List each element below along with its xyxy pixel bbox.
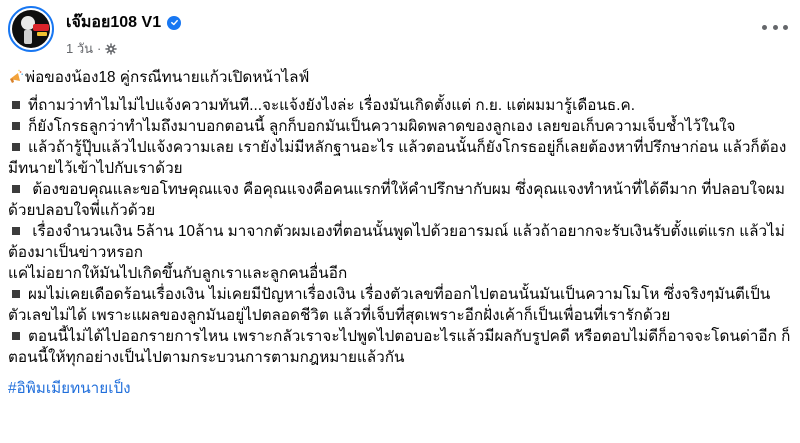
- page-name-link[interactable]: เจ๊มอย108 V1: [66, 10, 161, 35]
- more-options-icon-dot: [762, 25, 767, 30]
- paragraph-text: เรื่องจำนวนเงิน 5ล้าน 10ล้าน มาจากตัวผมเ…: [8, 223, 785, 261]
- paragraph-text: ผมไม่เคยเดือดร้อนเรื่องเงิน ไม่เคยมีปัญห…: [8, 286, 770, 324]
- paragraph-text: ตอนนี้ไม่ได้ไปออกรายการไหน เพราะกลัวเราจ…: [8, 328, 790, 366]
- hashtag-link[interactable]: #อิพิมเมียทนายเป็ง: [8, 378, 131, 399]
- paragraph-text: แค่ไม่อยากให้มันไปเกิดขึ้นกับลูกเราและลู…: [8, 265, 347, 282]
- post-meta: เจ๊มอย108 V1 1 วัน ·: [66, 10, 181, 59]
- avatar-logo-red: [33, 24, 49, 31]
- post-subinfo: 1 วัน ·: [66, 38, 181, 59]
- square-bullet-icon: [12, 143, 20, 151]
- paragraph-text: ก็ยังโกรธลูกว่าทำไมถึงมาบอกตอนนี้ ลูกก็บ…: [28, 118, 736, 135]
- post-body: พ่อของน้อง18 คู่กรณีทนายแก้วเปิดหน้าไลฟ์…: [8, 66, 796, 399]
- paragraph: ตอนนี้ไม่ได้ไปออกรายการไหน เพราะกลัวเราจ…: [8, 326, 796, 368]
- more-options-icon-dot: [773, 25, 778, 30]
- paragraph: แล้วถ้ารู้ปุ๊บแล้วไปแจ้งความเลย เรายังไม…: [8, 137, 796, 179]
- square-bullet-icon: [12, 185, 20, 193]
- paragraph-text: ที่ถามว่าทำไมไม่ไปแจ้งความทันที...จะแจ้ง…: [28, 97, 635, 114]
- square-bullet-icon: [12, 122, 20, 130]
- avatar-logo-yellow: [37, 32, 47, 36]
- megaphone-icon: [8, 69, 24, 85]
- verified-badge-icon: [167, 16, 181, 30]
- avatar-image: [12, 10, 50, 48]
- paragraph-text: ต้องขอบคุณและขอโทษคุณแจง คือคุณแจงคือคนแ…: [8, 181, 785, 219]
- post-timestamp-link[interactable]: 1 วัน: [66, 38, 93, 59]
- more-options-icon-dot: [783, 25, 788, 30]
- paragraph: เรื่องจำนวนเงิน 5ล้าน 10ล้าน มาจากตัวผมเ…: [8, 221, 796, 263]
- post-headline: พ่อของน้อง18 คู่กรณีทนายแก้วเปิดหน้าไลฟ์: [8, 66, 796, 88]
- paragraph: ผมไม่เคยเดือดร้อนเรื่องเงิน ไม่เคยมีปัญห…: [8, 284, 796, 326]
- more-options-button[interactable]: [762, 20, 788, 34]
- square-bullet-icon: [12, 332, 20, 340]
- paragraph: ที่ถามว่าทำไมไม่ไปแจ้งความทันที...จะแจ้ง…: [8, 95, 796, 116]
- avatar-figure-body: [24, 30, 32, 44]
- name-row: เจ๊มอย108 V1: [66, 10, 181, 35]
- square-bullet-icon: [12, 101, 20, 109]
- paragraph: แค่ไม่อยากให้มันไปเกิดขึ้นกับลูกเราและลู…: [8, 263, 796, 284]
- avatar[interactable]: [8, 6, 54, 52]
- post-header: เจ๊มอย108 V1 1 วัน ·: [8, 6, 792, 56]
- separator-dot: ·: [97, 41, 101, 56]
- square-bullet-icon: [12, 290, 20, 298]
- paragraph: ก็ยังโกรธลูกว่าทำไมถึงมาบอกตอนนี้ ลูกก็บ…: [8, 116, 796, 137]
- gear-icon[interactable]: [105, 43, 117, 55]
- headline-text: พ่อของน้อง18 คู่กรณีทนายแก้วเปิดหน้าไลฟ์: [25, 67, 309, 88]
- paragraph: ต้องขอบคุณและขอโทษคุณแจง คือคุณแจงคือคนแ…: [8, 179, 796, 221]
- paragraph-text: แล้วถ้ารู้ปุ๊บแล้วไปแจ้งความเลย เรายังไม…: [8, 139, 786, 177]
- square-bullet-icon: [12, 227, 20, 235]
